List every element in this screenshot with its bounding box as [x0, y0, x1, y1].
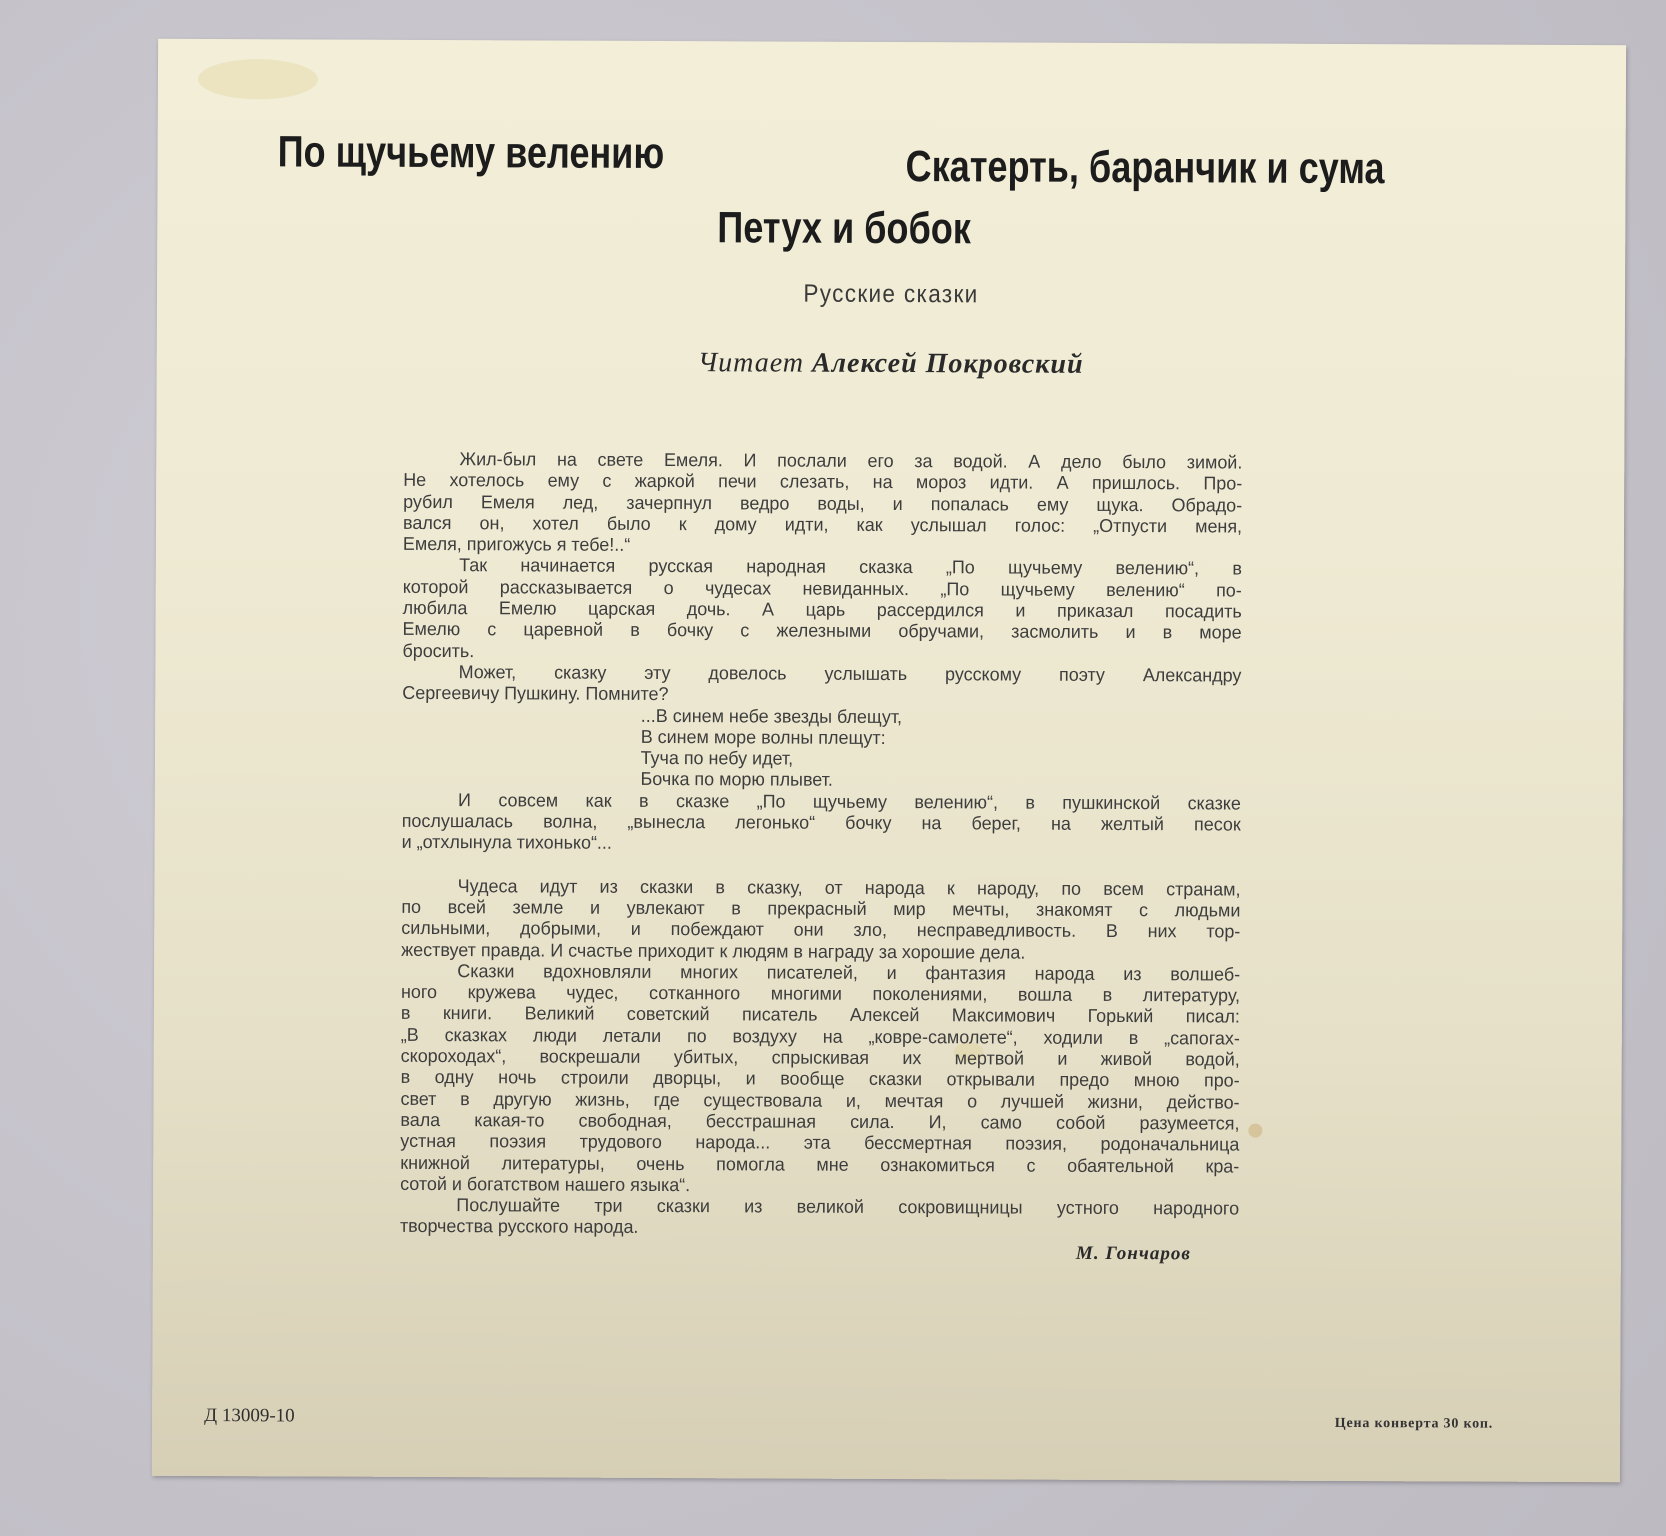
signature: М. Гончаров: [1076, 1243, 1191, 1266]
title-petukh: Петух и бобок: [717, 203, 971, 254]
title-skatert: Скатерть, баранчик и сума: [905, 142, 1384, 194]
paper-stain: [198, 59, 318, 100]
sleeve-price: Цена конверта 30 коп.: [1335, 1416, 1493, 1433]
text-line: Емелю с царевной в бочку с железными обр…: [403, 618, 1242, 643]
paragraph: Так начинается русская народная сказка „…: [402, 554, 1242, 664]
paragraph: Чудеса идут из сказки в сказку, от народ…: [401, 875, 1240, 964]
title-po-shchuchyemu: По щучьему велению: [278, 127, 665, 179]
titles-block: По щучьему велению Скатерть, баранчик и …: [158, 39, 1626, 45]
text-line: Не хотелось ему с жаркой печи слезать, н…: [403, 469, 1242, 494]
reader-name: Алексей Покровский: [812, 348, 1084, 380]
liner-notes: Жил-был на свете Емеля. И послали его за…: [400, 448, 1242, 1240]
text-line: устная поэзия трудового народа... эта бе…: [400, 1130, 1239, 1155]
record-sleeve-back: По щучьему велению Скатерть, баранчик и …: [152, 39, 1626, 1482]
text-line: и „отхлынула тихонько“...: [402, 831, 1241, 856]
paragraph: Может, сказку эту довелось услышать русс…: [402, 661, 1241, 707]
text-line: Сергеевичу Пушкину. Помните?: [402, 682, 1241, 707]
paragraph: Послушайте три сказки из великой сокрови…: [400, 1194, 1239, 1240]
text-line: творчества русского народа.: [400, 1215, 1239, 1240]
paragraph: Жил-был на свете Емеля. И послали его за…: [403, 448, 1243, 558]
text-line: в одну ночь строили дворцы, и вообще ска…: [401, 1066, 1240, 1091]
reader-prefix: Читает: [698, 347, 804, 378]
paper-stain: [1248, 1124, 1262, 1138]
paragraph: Сказки вдохновляли многих писателей, и ф…: [400, 960, 1240, 1198]
subtitle: Русские сказки: [230, 277, 1551, 312]
reader-credit: Читает Алексей Покровский: [157, 345, 1625, 383]
pushkin-verse: ...В синем небе звезды блещут,В синем мо…: [402, 703, 1241, 792]
paragraph: И совсем как в сказке „По щучьему велени…: [402, 789, 1241, 857]
catalog-number: Д 13009-10: [204, 1405, 295, 1427]
text-line: сильными, добрыми, и побеждают они зло, …: [401, 917, 1240, 942]
